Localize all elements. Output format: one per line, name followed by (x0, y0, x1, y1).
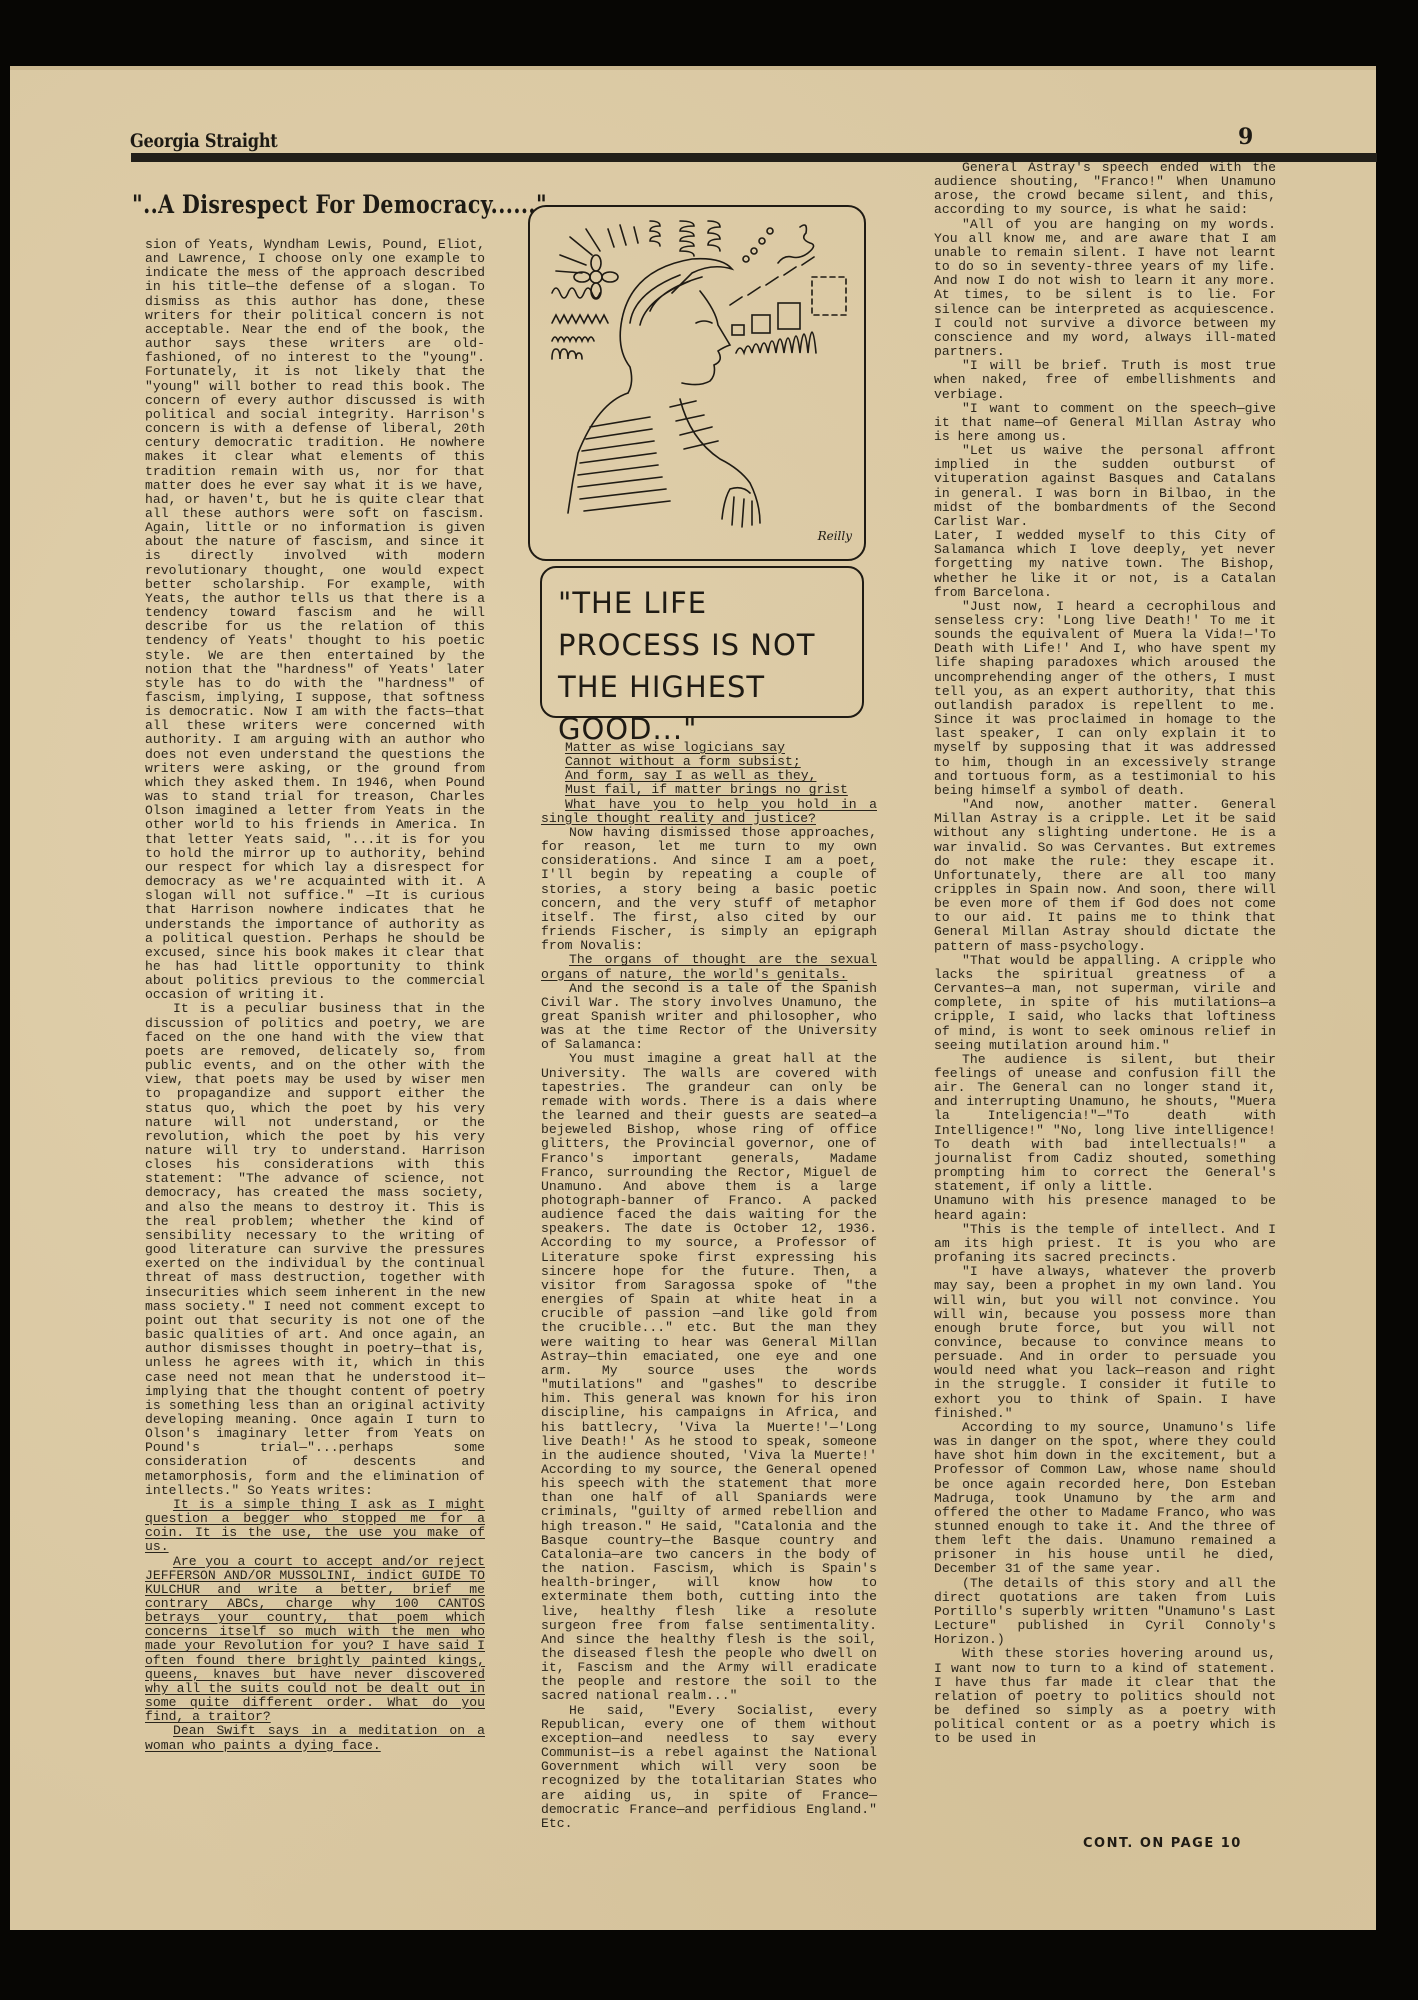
page-number: 9 (1238, 124, 1253, 150)
continued-on-page-link[interactable]: CONT. ON PAGE 10 (1083, 1836, 1242, 1851)
paragraph: "All of you are hanging on my words. You… (934, 218, 1276, 360)
paragraph: The audience is silent, but their feelin… (934, 1053, 1276, 1195)
paragraph: "Just now, I heard a cecrophilous and se… (934, 600, 1276, 798)
paragraph: According to my source, Unamuno's life w… (934, 1421, 1276, 1577)
paragraph: "That would be appalling. A cripple who … (934, 954, 1276, 1053)
paragraph: "I have always, whatever the proverb may… (934, 1265, 1276, 1421)
poem-line: And form, say I as well as they, (541, 769, 877, 783)
poem-quotation: Matter as wise logicians say Cannot with… (541, 741, 877, 826)
paragraph: "And now, another matter. General Millan… (934, 798, 1276, 954)
poem-line: Must fail, if matter brings no grist (541, 783, 877, 797)
poem-line: What have you to help you hold in a sing… (541, 798, 877, 826)
illustration-caption-box: "THE LIFE PROCESS IS NOT THE HIGHEST GOO… (540, 566, 864, 718)
paragraph: sion of Yeats, Wyndham Lewis, Pound, Eli… (145, 238, 485, 1002)
illustration-portrait: Reilly (528, 205, 866, 561)
paragraph: "Let us waive the personal affront impli… (934, 444, 1276, 529)
paragraph: And the second is a tale of the Spanish … (541, 982, 877, 1053)
paragraph: Unamuno with his presence managed to be … (934, 1194, 1276, 1222)
paragraph: Now having dismissed those approaches, f… (541, 826, 877, 953)
quotation-paragraph: It is a simple thing I ask as I might qu… (145, 1498, 485, 1555)
paragraph: You must imagine a great hall at the Uni… (541, 1052, 877, 1703)
quotation-paragraph: Dean Swift says in a meditation on a wom… (145, 1724, 485, 1752)
paragraph: "I will be brief. Truth is most true whe… (934, 359, 1276, 401)
paragraph: "This is the temple of intellect. And I … (934, 1223, 1276, 1265)
quotation-paragraph: The organs of thought are the sexual org… (541, 953, 877, 981)
paragraph: Later, I wedded myself to this City of S… (934, 529, 1276, 600)
paragraph: With these stories hovering around us, I… (934, 1647, 1276, 1746)
poem-line: Cannot without a form subsist; (541, 755, 877, 769)
poem-line: Matter as wise logicians say (541, 741, 877, 755)
paragraph: "I want to comment on the speech—give it… (934, 402, 1276, 444)
column-2: Matter as wise logicians say Cannot with… (541, 741, 877, 1831)
paragraph: He said, "Every Socialist, every Republi… (541, 1704, 877, 1831)
portrait-drawing-icon (530, 207, 864, 559)
illustration-caption: "THE LIFE PROCESS IS NOT THE HIGHEST GOO… (558, 582, 858, 750)
quotation-paragraph: Are you a court to accept and/or reject … (145, 1555, 485, 1725)
paragraph: General Astray's speech ended with the a… (934, 161, 1276, 218)
paragraph: (The details of this story and all the d… (934, 1577, 1276, 1648)
publication-masthead: Georgia Straight (130, 130, 278, 152)
column-3: General Astray's speech ended with the a… (934, 161, 1276, 1747)
paragraph: It is a peculiar business that in the di… (145, 1002, 485, 1497)
article-headline: "..A Disrespect For Democracy......" (132, 190, 547, 219)
column-1: sion of Yeats, Wyndham Lewis, Pound, Eli… (145, 238, 485, 1753)
artist-signature: Reilly (818, 529, 852, 543)
